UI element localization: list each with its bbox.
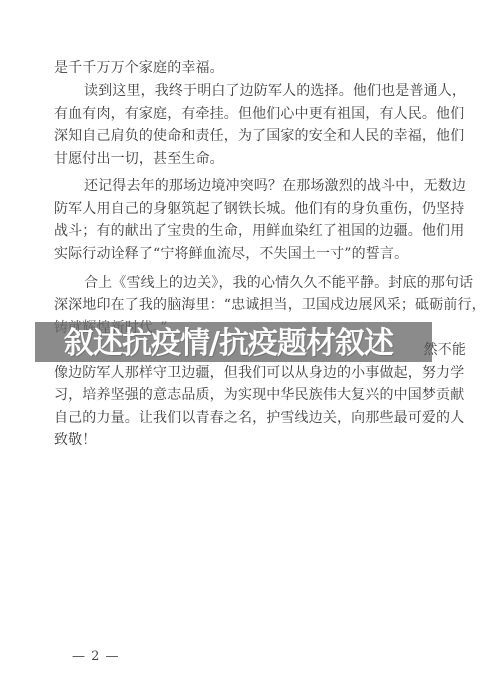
essay-line: 实际行动诠释了“宁将鲜血流尽，不失国土一寸”的誓言。	[54, 244, 408, 264]
essay-line: 习，培养坚强的意志品质，为实现中华民族伟大复兴的中国梦贡献	[54, 385, 464, 405]
essay-line: 自己的力量。让我们以青春之名，护雪线边关，向那些最可爱的人	[54, 408, 464, 428]
essay-line: 是千千万万个家庭的幸福。	[54, 58, 224, 78]
page-number: — 2 —	[72, 649, 120, 664]
scanned-essay-page: 是千千万万个家庭的幸福。 读到这里，我终于明白了边防军人的选择。他们也是普通人，…	[0, 0, 500, 693]
essay-line: 像边防军人那样守卫边疆，但我们可以从身边的小事做起，努力学	[54, 363, 464, 383]
essay-line: 合上《雪线上的边关》，我的心情久久不能平静。封底的那句话	[54, 273, 473, 293]
essay-line: 深知自己肩负的使命和责任，为了国家的安全和人民的幸福，他们	[54, 126, 464, 146]
essay-line: 读到这里，我终于明白了边防军人的选择。他们也是普通人，	[54, 81, 466, 101]
essay-line: 还记得去年的那场边境冲突吗？在那场激烈的战斗中，无数边	[54, 176, 466, 196]
essay-line: 战斗；有的献出了宝贵的生命，用鲜血染红了祖国的边疆。他们用	[54, 221, 464, 241]
essay-line: 有血有肉，有家庭，有牵挂。但他们心中更有祖国，有人民。他们	[54, 104, 464, 124]
essay-line: 甘愿付出一切，甚至生命。	[54, 149, 224, 169]
essay-line: 深深地印在了我的脑海里：“忠诚担当，卫国戍边展风采；砥砺前行，	[54, 295, 486, 315]
essay-line: 致敬！	[54, 430, 96, 450]
watermark-text: 叙述抗疫情/抗疫题材叙述	[64, 327, 393, 361]
essay-line: 防军人用自己的身躯筑起了钢铁长城。他们有的身负重伤，仍坚持	[54, 199, 464, 219]
